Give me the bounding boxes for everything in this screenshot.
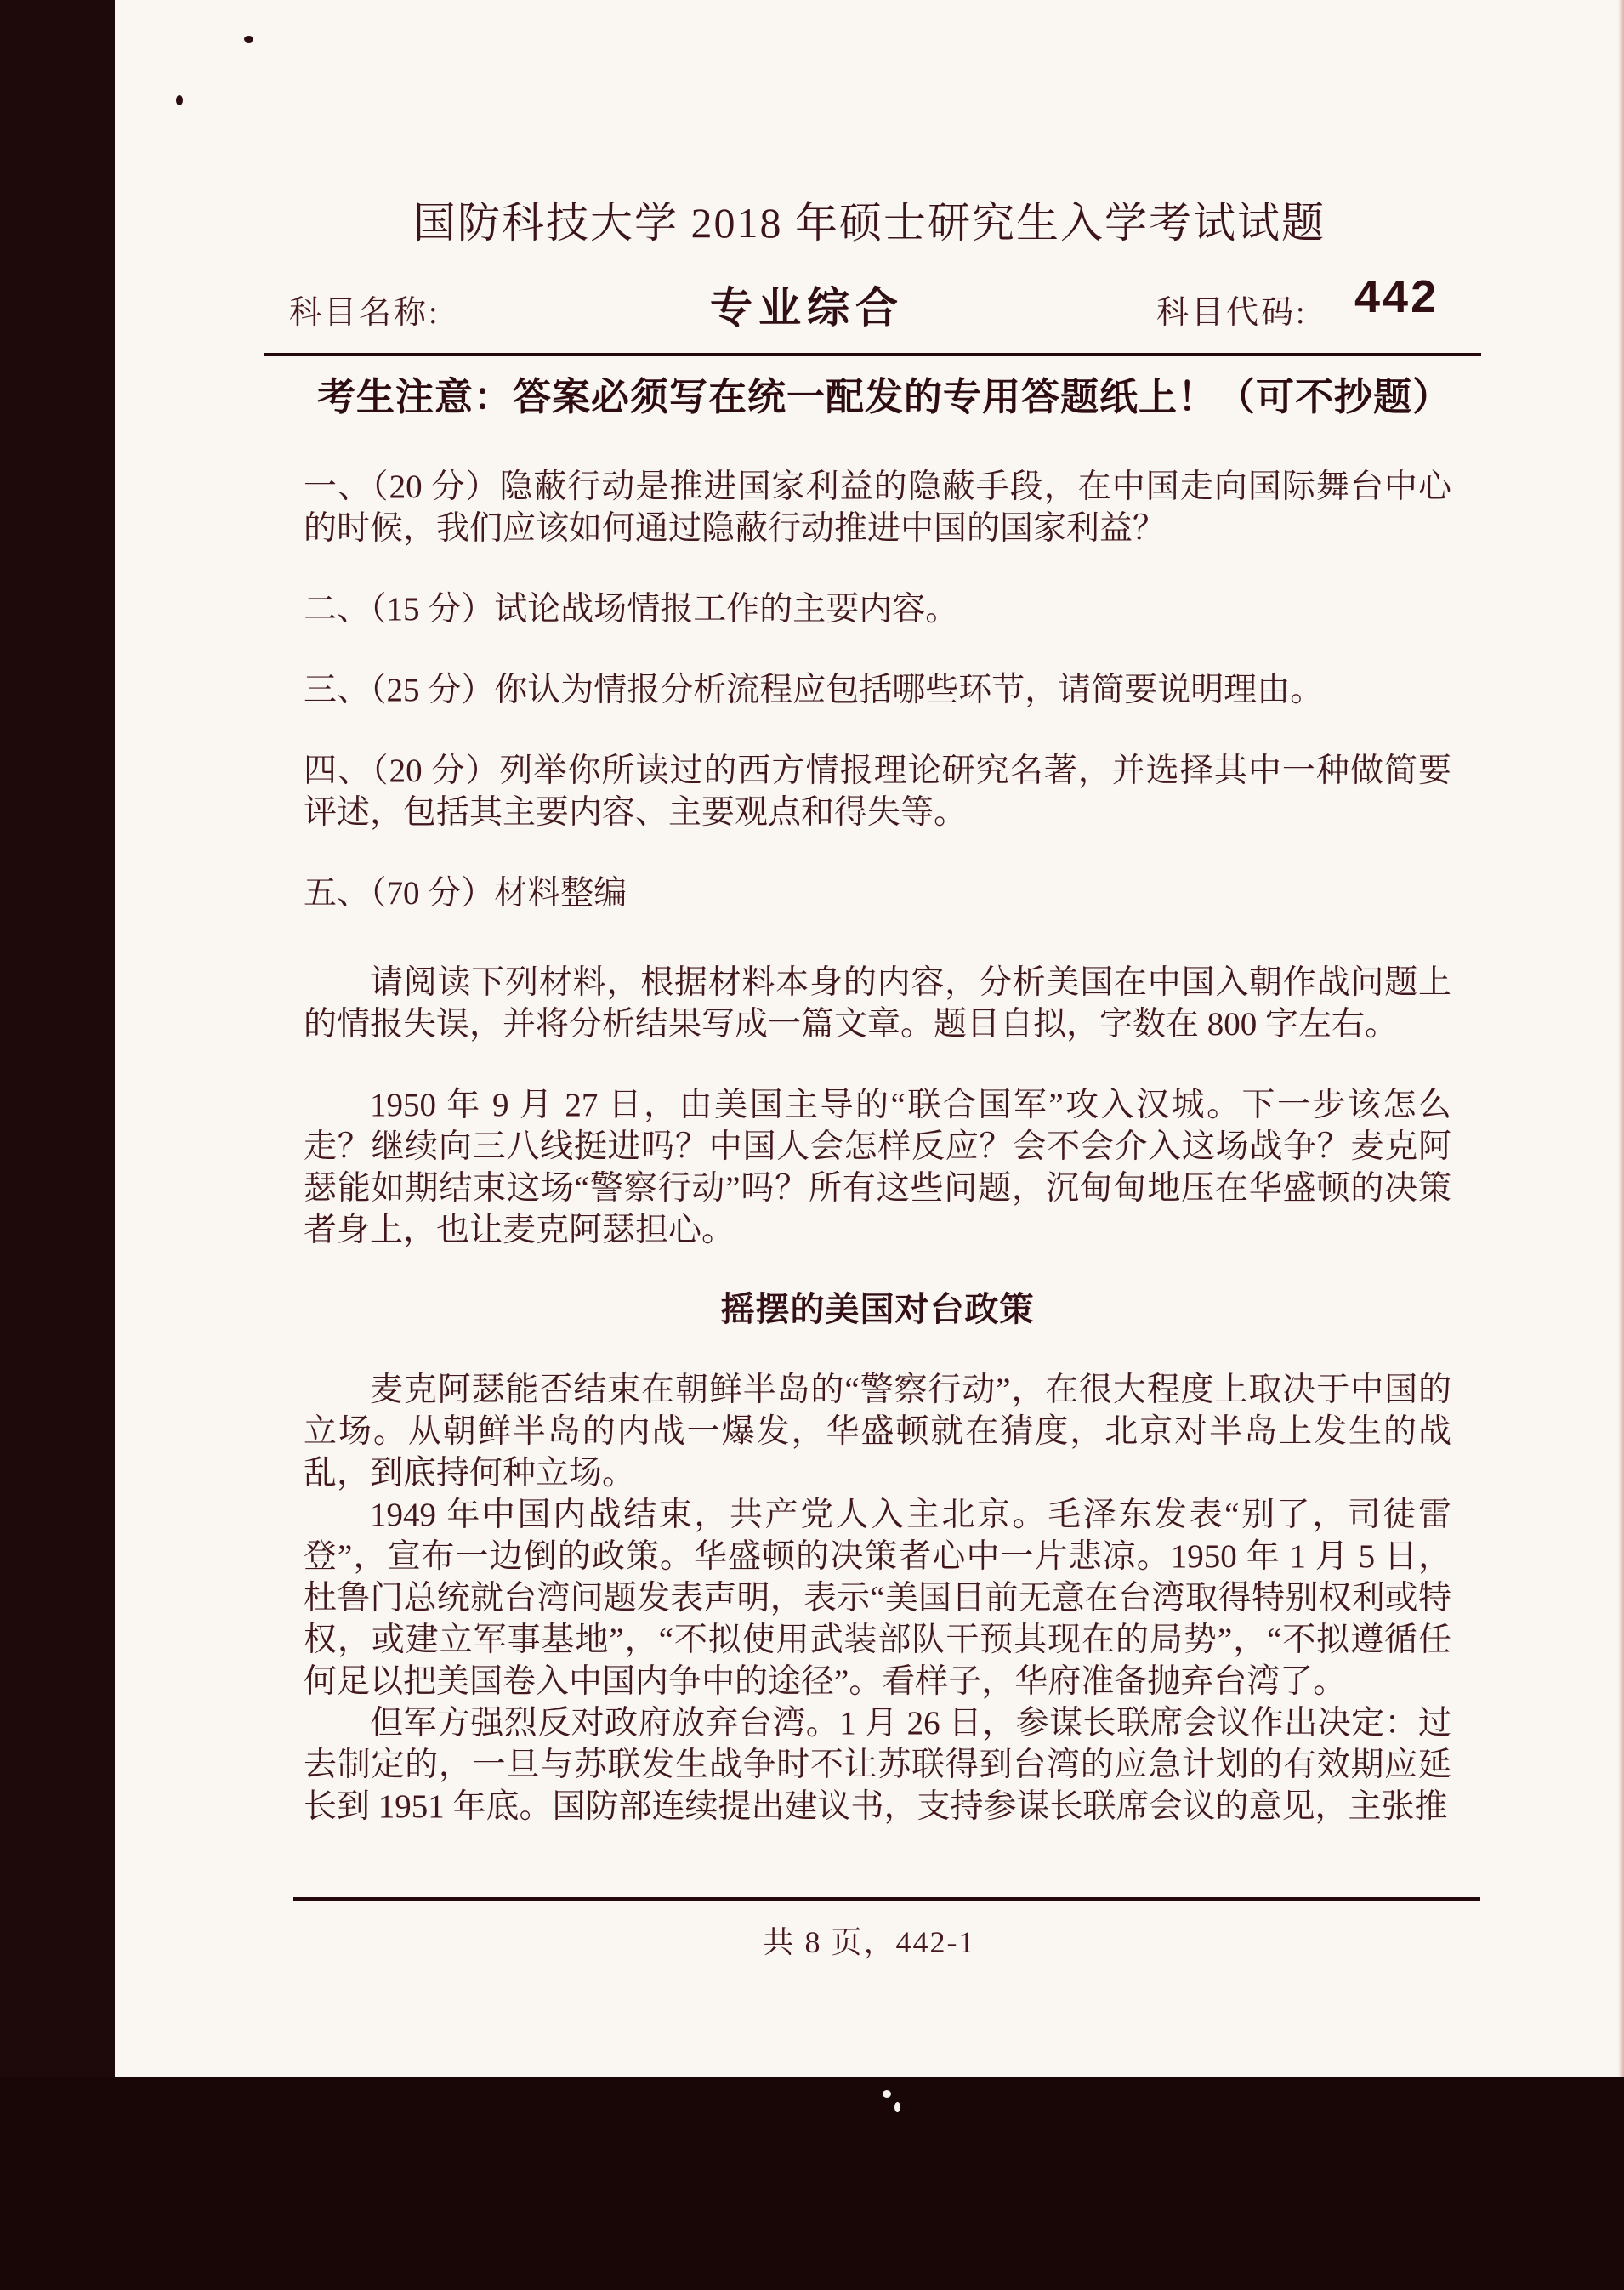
material-intro: 请阅读下列材料，根据材料本身的内容，分析美国在中国入朝作战问题上的情报失误，并将… (304, 962, 1451, 1045)
scan-bottom-border (0, 2077, 1624, 2290)
header-divider-line (264, 353, 1481, 356)
scan-dust-speck (894, 2102, 900, 2112)
subject-code-value: 442 (1354, 270, 1439, 323)
material-section-heading: 摇摆的美国对台政策 (304, 1289, 1451, 1331)
scan-right-edge-shade (1618, 0, 1624, 2077)
material-para-1950: 1950 年 9 月 27 日，由美国主导的“联合国军”攻入汉城。下一步该怎么走… (304, 1084, 1451, 1251)
material-para-macarthur: 麦克阿瑟能否结束在朝鲜半岛的“警察行动”，在很大程度上取决于中国的立场。从朝鲜半… (304, 1369, 1451, 1494)
scan-left-border (0, 0, 115, 2077)
question-3: 三、（25 分）你认为情报分析流程应包括哪些环节，请简要说明理由。 (304, 669, 1451, 711)
scan-dust-speck (883, 2090, 891, 2098)
scan-dust-speck (176, 95, 183, 105)
subject-name-label: 科目名称: (289, 286, 440, 332)
question-5: 五、（70 分）材料整编 (304, 872, 1451, 914)
questions-and-material: 一、（20 分）隐蔽行动是推进国家利益的隐蔽手段，在中国走向国际舞台中心的时候，… (304, 466, 1451, 1827)
subject-code-label: 科目代码: (1156, 286, 1308, 332)
subject-name-value: 专业综合 (710, 274, 904, 335)
page-number-footer: 共 8 页，442-1 (115, 1918, 1624, 1962)
material-para-military: 但军方强烈反对政府放弃台湾。1 月 26 日，参谋长联席会议作出决定：过去制定的… (304, 1702, 1451, 1827)
question-4: 四、（20 分）列举你所读过的西方情报理论研究名著，并选择其中一种做简要评述，包… (304, 750, 1451, 833)
exam-title: 国防科技大学 2018 年硕士研究生入学考试试题 (115, 189, 1624, 250)
question-1: 一、（20 分）隐蔽行动是推进国家利益的隐蔽手段，在中国走向国际舞台中心的时候，… (304, 466, 1451, 549)
exam-paper-page: 国防科技大学 2018 年硕士研究生入学考试试题 科目名称: 专业综合 科目代码… (115, 0, 1624, 2077)
footer-divider-line (293, 1897, 1480, 1901)
scan-dust-speck (244, 36, 253, 43)
scanned-exam-screenshot: 国防科技大学 2018 年硕士研究生入学考试试题 科目名称: 专业综合 科目代码… (0, 0, 1624, 2290)
material-para-1949: 1949 年中国内战结束，共产党人入主北京。毛泽东发表“别了，司徒雷登”，宣布一… (304, 1494, 1451, 1702)
question-2: 二、（15 分）试论战场情报工作的主要内容。 (304, 588, 1451, 630)
candidate-notice: 考生注意：答案必须写在统一配发的专用答题纸上！（可不抄题） (317, 366, 1451, 421)
